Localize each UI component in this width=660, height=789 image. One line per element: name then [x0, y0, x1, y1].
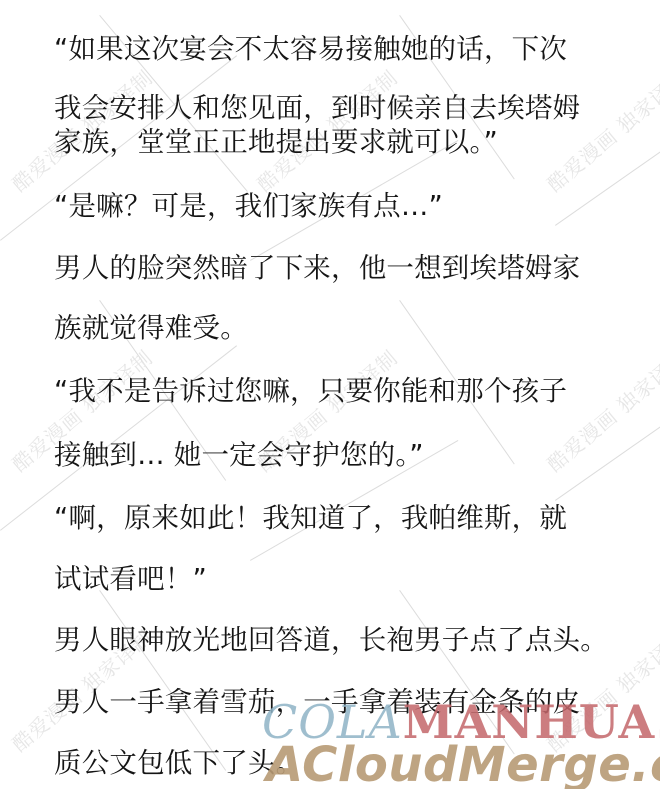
text-line: 试试看吧！”: [54, 556, 207, 596]
text-line: “如果这次宴会不太容易接触她的话，下次: [54, 26, 567, 66]
text-line: “啊，原来如此！我知道了，我帕维斯，就: [54, 495, 567, 535]
text-line: 男人眼神放光地回答道，长袍男子点了点头。: [54, 617, 608, 657]
text-line: 家族，堂堂正正地提出要求就可以。”: [54, 119, 498, 159]
text-line: 接触到… 她一定会守护您的。”: [54, 432, 424, 472]
text-line: 男人的脸突然暗了下来，他一想到埃塔姆家: [54, 245, 580, 285]
text-line: “是嘛？可是，我们家族有点…”: [54, 183, 443, 223]
acloudmerge-watermark: ACloudMerge.com: [266, 737, 660, 789]
text-line: “我不是告诉过您嘛，只要你能和那个孩子: [54, 368, 567, 408]
text-line: 族就觉得难受。: [54, 305, 248, 345]
novel-text-page: “如果这次宴会不太容易接触她的话，下次 我会安排人和您见面，到时候亲自去埃塔姆 …: [0, 0, 660, 789]
